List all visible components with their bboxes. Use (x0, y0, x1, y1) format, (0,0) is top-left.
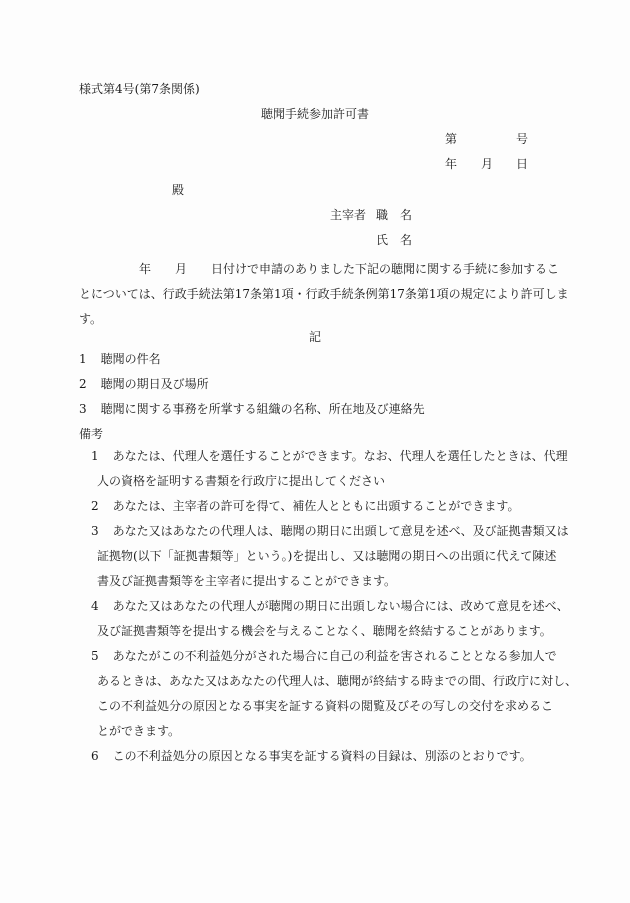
ki-label: 記 (0, 330, 630, 344)
remark-4-line-1: 4あなた又はあなたの代理人が聴聞の期日に出頭しない場合には、改めて意見を述べ、 (91, 594, 557, 619)
presider-role: 主宰者 (330, 208, 366, 222)
remark-1-line-1: 1あなたは、代理人を選任することができます。なお、代理人を選任したときは、代理 (91, 444, 557, 469)
remark-3-line-1: 3あなた又はあなたの代理人は、聴聞の期日に出頭して意見を述べ、及び証拠書類又は (91, 519, 557, 544)
presider-position-label: 職 名 (376, 208, 412, 222)
remark-1-line-2: 人の資格を証明する書類を行政庁に提出してください (91, 469, 557, 494)
number-suffix: 号 (516, 132, 528, 146)
remark-5-line-4: とができます。 (91, 719, 557, 744)
body-line-1: 年月日付けで申請のありました下記の聴聞に関する手続に参加するこ (79, 257, 545, 282)
remarks-heading: 備考 (79, 427, 103, 441)
remark-3-line-3: 書及び証拠書類等を主宰者に提出することができます。 (91, 569, 557, 594)
remark-5-line-3: この不利益処分の原因となる事実を証する資料の閲覧及びその写しの交付を求めるこ (91, 694, 557, 719)
number-prefix: 第 (445, 132, 457, 146)
body-line-2: とについては、行政手続法第17条第1項・行政手続条例第17条第1項の規定により許… (79, 282, 545, 307)
date-year: 年 (445, 157, 457, 171)
remark-6-line-1: 6この不利益処分の原因となる事実を証する資料の目録は、別添のとおりです。 (91, 744, 557, 769)
addressee-suffix: 殿 (172, 183, 184, 197)
body-paragraph: 年月日付けで申請のありました下記の聴聞に関する手続に参加するこ とについては、行… (79, 257, 545, 332)
presider-name-label: 氏 名 (376, 233, 412, 247)
item-3: 3聴聞に関する事務を所掌する組織の名称、所在地及び連絡先 (79, 402, 425, 416)
form-label: 様式第4号(第7条関係) (79, 82, 200, 96)
date-day: 日 (516, 157, 528, 171)
remark-3-line-2: 証拠物(以下「証拠書類等」という。)を提出し、又は聴聞の期日への出頭に代えて陳述 (91, 544, 557, 569)
remark-2-line-1: 2あなたは、主宰者の許可を得て、補佐人とともに出頭することができます。 (91, 494, 557, 519)
item-1: 1聴聞の件名 (79, 352, 161, 366)
remark-5-line-2: あるときは、あなた又はあなたの代理人は、聴聞が終結する時までの間、行政庁に対し、 (91, 669, 557, 694)
remarks-list: 1あなたは、代理人を選任することができます。なお、代理人を選任したときは、代理 … (91, 444, 557, 769)
item-2: 2聴聞の期日及び場所 (79, 377, 209, 391)
document-title: 聴聞手続参加許可書 (0, 107, 630, 121)
remark-5-line-1: 5あなたがこの不利益処分がされた場合に自己の利益を害されることとなる参加人で (91, 644, 557, 669)
remark-4-line-2: 及び証拠書類等を提出する機会を与えることなく、聴聞を終結することがあります。 (91, 619, 557, 644)
date-month: 月 (481, 157, 493, 171)
body-line-3: す。 (79, 307, 545, 332)
